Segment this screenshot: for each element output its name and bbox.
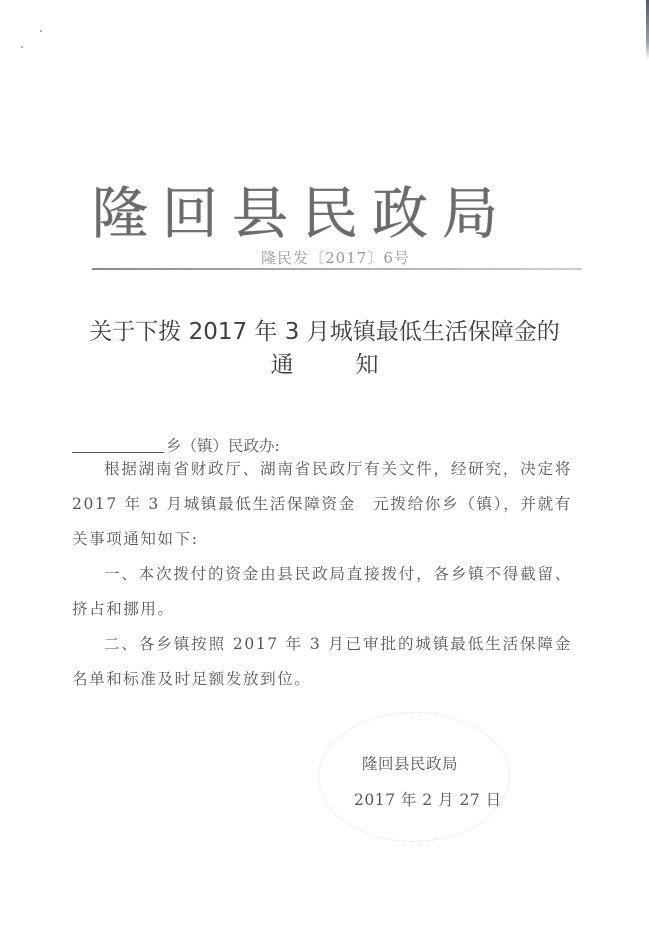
document-number: 隆民发〔2017〕6号	[0, 247, 649, 268]
official-seal	[318, 712, 510, 842]
scan-speck	[21, 46, 23, 48]
paragraph-item-1: 一、本次拨付的资金由县民政局直接拨付，各乡镇不得截留、挤占和挪用。	[72, 557, 572, 627]
document-title: 关于下拨 2017 年 3 月城镇最低生活保障金的	[0, 313, 649, 346]
signature-organization: 隆回县民政局	[362, 752, 458, 774]
addressee-blank	[72, 434, 164, 453]
paragraph-item-2: 二、各乡镇按照 2017 年 3 月已审批的城镇最低生活保障金名单和标准及时足额…	[72, 627, 572, 697]
signature-date: 2017 年 2 月 27 日	[354, 788, 502, 810]
issuer-header: 隆回县民政局	[92, 170, 552, 250]
paragraph-intro: 根据湖南省财政厅、湖南省民政厅有关文件，经研究，决定将 2017 年 3 月城镇…	[72, 452, 572, 557]
document-title-notice: 通知	[0, 346, 649, 379]
header-rule	[92, 268, 582, 270]
scan-speck	[40, 30, 42, 32]
